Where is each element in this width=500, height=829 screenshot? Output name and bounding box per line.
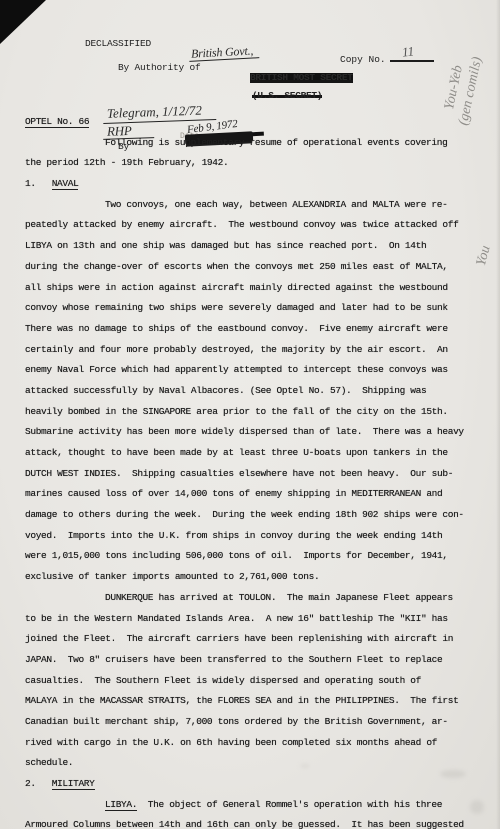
body-line: damage to others during the week. During… xyxy=(25,505,487,526)
authority-handwritten-value: British Govt., xyxy=(189,44,260,62)
body-line: LIBYA on 13th and one ship was damaged b… xyxy=(25,236,487,257)
copy-number-handwritten-value: 11 xyxy=(401,43,415,60)
body-line: joined the Fleet. The aircraft carriers … xyxy=(25,629,487,650)
body-line: JAPAN. Two 8" cruisers have been transfe… xyxy=(25,650,487,671)
struck-classification-stamp-us: (U.S. SECRET) xyxy=(252,90,322,101)
document-body: OPTEL No. 66 Following is supplementary … xyxy=(25,112,487,829)
intro-line: Following is supplementary resume of ope… xyxy=(25,133,487,154)
photocopy-smudge xyxy=(470,800,484,814)
body-line: attacked successfully by Naval Albacores… xyxy=(25,381,487,402)
photocopy-corner-artifact xyxy=(0,0,46,44)
scanned-document-page: DECLASSIFIED By Authority of British Gov… xyxy=(0,0,500,829)
body-line: LIBYA. The object of General Rommel's op… xyxy=(25,795,487,816)
authority-label: By Authority of xyxy=(118,62,201,73)
body-line: heavily bombed in the SINGAPORE area pri… xyxy=(25,402,487,423)
copy-number: Copy No. 11 xyxy=(340,54,434,65)
body-line: during the change-over of escorts when t… xyxy=(25,257,487,278)
body-line: voyed. Imports into the U.K. from ships … xyxy=(25,526,487,547)
section-heading-military: 2.MILITARY xyxy=(25,774,487,795)
body-line: DUTCH WEST INDIES. Shipping casualties e… xyxy=(25,464,487,485)
photocopy-smudge xyxy=(300,764,310,768)
body-line: enemy Naval Force which had apparently a… xyxy=(25,360,487,381)
body-line: exclusive of tanker imports amounted to … xyxy=(25,567,487,588)
body-line: DUNKERQUE has arrived at TOULON. The mai… xyxy=(25,588,487,609)
body-line: all ships were in action against aircraf… xyxy=(25,278,487,299)
body-line: schedule. xyxy=(25,753,487,774)
body-line: There was no damage to ships of the east… xyxy=(25,319,487,340)
body-line: rived with cargo in the U.K. on 6th havi… xyxy=(25,733,487,754)
body-line: Canadian built merchant ship, 7,000 tons… xyxy=(25,712,487,733)
section-heading-naval: 1.NAVAL xyxy=(25,174,487,195)
body-line: Armoured Columns between 14th and 16th c… xyxy=(25,815,487,829)
section-number: 1. xyxy=(25,178,36,189)
photocopy-smudge xyxy=(440,770,466,778)
copy-number-label: Copy No. xyxy=(340,54,386,65)
body-line: marines caused loss of over 14,000 tons … xyxy=(25,484,487,505)
copy-number-underline xyxy=(390,60,434,62)
body-line: Two convoys, one each way, between ALEXA… xyxy=(25,195,487,216)
body-line: casualties. The Southern Fleet is widely… xyxy=(25,671,487,692)
body-line: were 1,015,000 tons including 506,000 to… xyxy=(25,546,487,567)
intro-line: the period 12th - 19th February, 1942. xyxy=(25,153,487,174)
body-line: to be in the Western Mandated Islands Ar… xyxy=(25,609,487,630)
body-line: certainly and four more probably destroy… xyxy=(25,340,487,361)
body-line: peatedly attacked by enemy aircraft. The… xyxy=(25,215,487,236)
body-line: MALAYA in the MACASSAR STRAITS, the FLOR… xyxy=(25,691,487,712)
struck-classification-stamp-british: BRITISH MOST SECRET xyxy=(250,72,353,83)
document-title: OPTEL No. 66 xyxy=(25,116,89,128)
document-title-line: OPTEL No. 66 xyxy=(25,112,487,133)
body-line: attack, thought to have been made by at … xyxy=(25,443,487,464)
section-number: 2. xyxy=(25,778,36,789)
libya-line1-rest: The object of General Rommel's operation… xyxy=(137,799,442,810)
body-line: Submarine activity has been more widely … xyxy=(25,422,487,443)
section-heading-label: NAVAL xyxy=(52,178,79,190)
section-heading-label: MILITARY xyxy=(52,778,95,790)
body-line: convoy whose remaining two ships were se… xyxy=(25,298,487,319)
libya-lead: LIBYA. xyxy=(105,799,137,811)
